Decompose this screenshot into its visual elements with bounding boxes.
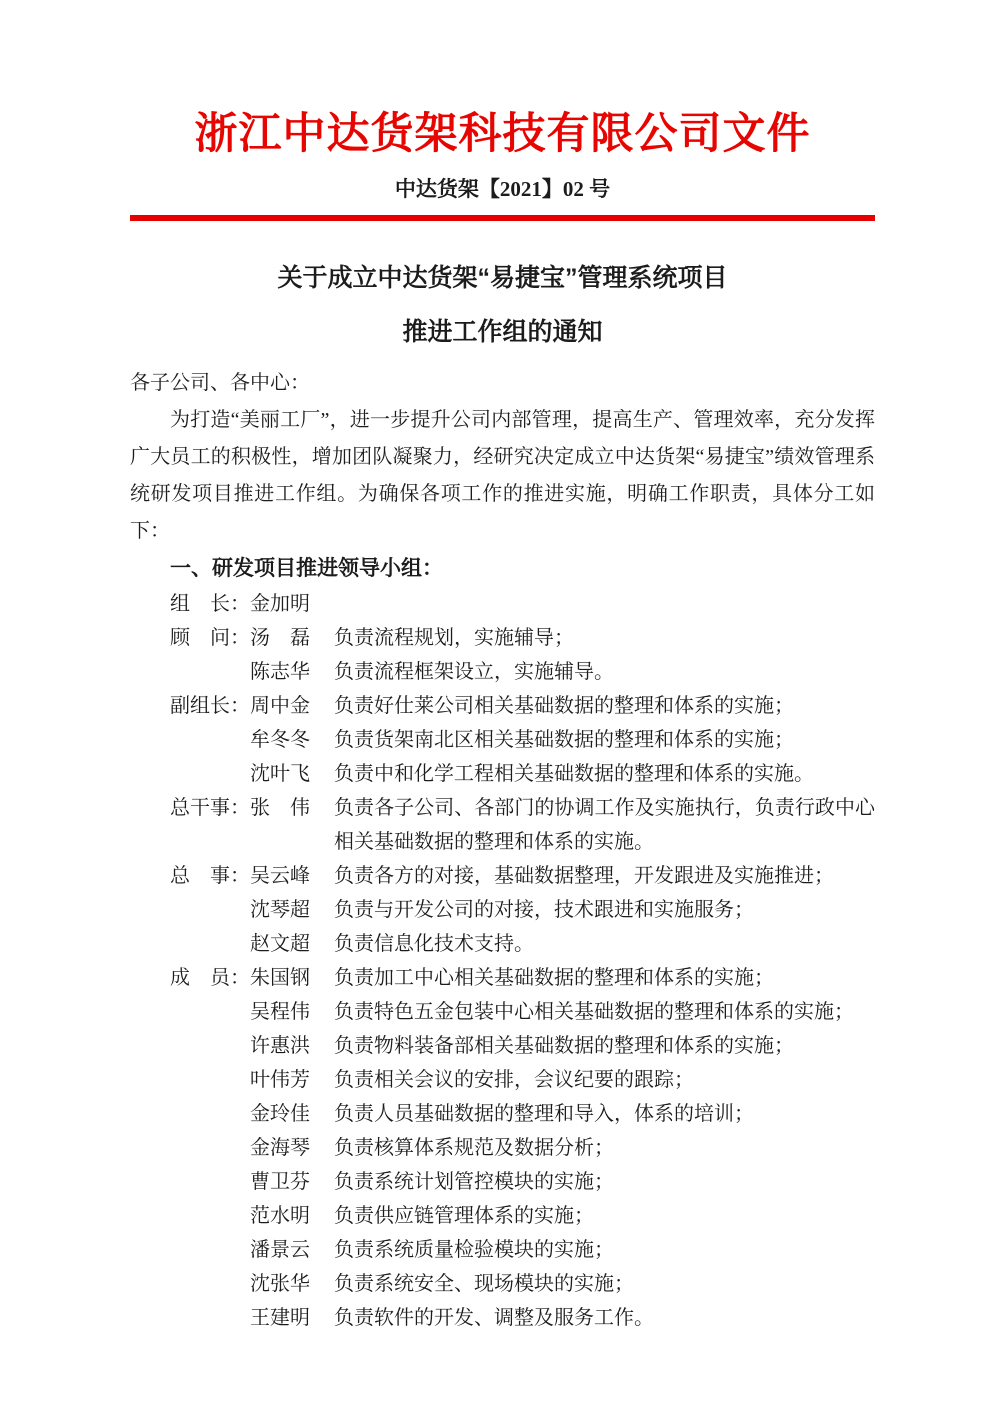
salutation: 各子公司、各中心： (130, 365, 875, 402)
document-title-line2: 推进工作组的通知 (130, 317, 875, 348)
roster-row: 顾 问： 汤 磊 负责流程规划，实施辅导； (130, 621, 875, 655)
roster-role: 总 事： (170, 859, 250, 893)
roster-row: 吴程伟 负责特色五金包装中心相关基础数据的整理和体系的实施； (130, 995, 875, 1029)
roster-role (170, 1131, 250, 1165)
roster-row: 范水明 负责供应链管理体系的实施； (130, 1199, 875, 1233)
roster-role: 副组长： (170, 689, 250, 723)
roster-row: 组 长： 金加明 (130, 587, 875, 621)
roster-name: 潘景云 (250, 1233, 334, 1267)
roster-duty: 负责流程规划，实施辅导； (334, 621, 875, 655)
document-page: 浙江中达货架科技有限公司文件 中达货架【2021】02 号 关于成立中达货架“易… (0, 0, 1000, 1414)
roster-row: 沈叶飞 负责中和化学工程相关基础数据的整理和体系的实施。 (130, 757, 875, 791)
company-title: 浙江中达货架科技有限公司文件 (130, 108, 875, 162)
roster-row: 叶伟芳 负责相关会议的安排，会议纪要的跟踪； (130, 1063, 875, 1097)
roster-role: 顾 问： (170, 621, 250, 655)
roster-name: 叶伟芳 (250, 1063, 334, 1097)
roster-name: 沈琴超 (250, 893, 334, 927)
roster-duty: 负责软件的开发、调整及服务工作。 (334, 1301, 875, 1335)
roster-role (170, 1097, 250, 1131)
roster-role (170, 893, 250, 927)
roster-name: 范水明 (250, 1199, 334, 1233)
roster-role (170, 1165, 250, 1199)
roster-role (170, 1301, 250, 1335)
document-body: 各子公司、各中心： 为打造“美丽工厂”，进一步提升公司内部管理，提高生产、管理效… (130, 365, 875, 1335)
roster-role (170, 927, 250, 961)
intro-paragraph: 为打造“美丽工厂”，进一步提升公司内部管理，提高生产、管理效率，充分发挥广大员工… (130, 402, 875, 550)
roster-name: 汤 磊 (250, 621, 334, 655)
roster-row: 曹卫芬 负责系统计划管控模块的实施； (130, 1165, 875, 1199)
roster-name: 周中金 (250, 689, 334, 723)
roster-role (170, 1233, 250, 1267)
roster-name: 吴云峰 (250, 859, 334, 893)
roster-name: 朱国钢 (250, 961, 334, 995)
roster-role: 成 员： (170, 961, 250, 995)
roster-name: 张 伟 (250, 791, 334, 859)
roster-duty: 负责系统安全、现场模块的实施； (334, 1267, 875, 1301)
roster-duty: 负责与开发公司的对接，技术跟进和实施服务； (334, 893, 875, 927)
roster-duty: 负责中和化学工程相关基础数据的整理和体系的实施。 (334, 757, 875, 791)
roster-duty: 负责各子公司、各部门的协调工作及实施执行，负责行政中心相关基础数据的整理和体系的… (334, 791, 875, 859)
letterhead: 浙江中达货架科技有限公司文件 中达货架【2021】02 号 (130, 108, 875, 221)
roster-name: 金海琴 (250, 1131, 334, 1165)
roster-duty: 负责货架南北区相关基础数据的整理和体系的实施； (334, 723, 875, 757)
roster-name: 牟冬冬 (250, 723, 334, 757)
roster-row: 许惠洪 负责物料装备部相关基础数据的整理和体系的实施； (130, 1029, 875, 1063)
roster: 组 长： 金加明 顾 问： 汤 磊 负责流程规划，实施辅导； 陈志华 负责流程框… (130, 587, 875, 1335)
document-title-line1: 关于成立中达货架“易捷宝”管理系统项目 (130, 263, 875, 294)
red-divider-line (130, 215, 875, 221)
roster-row: 成 员： 朱国钢 负责加工中心相关基础数据的整理和体系的实施； (130, 961, 875, 995)
roster-duty: 负责信息化技术支持。 (334, 927, 875, 961)
roster-name: 沈叶飞 (250, 757, 334, 791)
roster-duty: 负责系统质量检验模块的实施； (334, 1233, 875, 1267)
roster-duty: 负责加工中心相关基础数据的整理和体系的实施； (334, 961, 875, 995)
roster-row: 牟冬冬 负责货架南北区相关基础数据的整理和体系的实施； (130, 723, 875, 757)
roster-role: 总干事： (170, 791, 250, 859)
roster-name: 赵文超 (250, 927, 334, 961)
roster-duty: 负责特色五金包装中心相关基础数据的整理和体系的实施； (334, 995, 875, 1029)
roster-row: 金玲佳 负责人员基础数据的整理和导入，体系的培训； (130, 1097, 875, 1131)
roster-role (170, 655, 250, 689)
roster-row: 副组长： 周中金 负责好仕莱公司相关基础数据的整理和体系的实施； (130, 689, 875, 723)
roster-role (170, 1029, 250, 1063)
roster-row: 总 事： 吴云峰 负责各方的对接，基础数据整理，开发跟进及实施推进； (130, 859, 875, 893)
doc-number: 中达货架【2021】02 号 (130, 176, 875, 203)
roster-role (170, 1063, 250, 1097)
roster-duty: 负责流程框架设立，实施辅导。 (334, 655, 875, 689)
roster-duty: 负责供应链管理体系的实施； (334, 1199, 875, 1233)
roster-name: 许惠洪 (250, 1029, 334, 1063)
roster-name: 沈张华 (250, 1267, 334, 1301)
roster-name: 吴程伟 (250, 995, 334, 1029)
roster-name: 金玲佳 (250, 1097, 334, 1131)
roster-duty: 负责核算体系规范及数据分析； (334, 1131, 875, 1165)
roster-duty: 负责好仕莱公司相关基础数据的整理和体系的实施； (334, 689, 875, 723)
roster-duty: 负责相关会议的安排，会议纪要的跟踪； (334, 1063, 875, 1097)
roster-duty: 负责系统计划管控模块的实施； (334, 1165, 875, 1199)
roster-name: 陈志华 (250, 655, 334, 689)
roster-duty (334, 587, 875, 621)
roster-name: 金加明 (250, 587, 334, 621)
roster-row: 金海琴 负责核算体系规范及数据分析； (130, 1131, 875, 1165)
roster-role (170, 1267, 250, 1301)
roster-role: 组 长： (170, 587, 250, 621)
roster-row: 总干事： 张 伟 负责各子公司、各部门的协调工作及实施执行，负责行政中心相关基础… (130, 791, 875, 859)
roster-row: 陈志华 负责流程框架设立，实施辅导。 (130, 655, 875, 689)
roster-duty: 负责人员基础数据的整理和导入，体系的培训； (334, 1097, 875, 1131)
roster-role (170, 995, 250, 1029)
roster-role (170, 757, 250, 791)
roster-row: 赵文超 负责信息化技术支持。 (130, 927, 875, 961)
document-title: 关于成立中达货架“易捷宝”管理系统项目 推进工作组的通知 (130, 263, 875, 349)
roster-duty: 负责各方的对接，基础数据整理，开发跟进及实施推进； (334, 859, 875, 893)
roster-role (170, 723, 250, 757)
roster-row: 王建明 负责软件的开发、调整及服务工作。 (130, 1301, 875, 1335)
roster-row: 沈琴超 负责与开发公司的对接，技术跟进和实施服务； (130, 893, 875, 927)
roster-duty: 负责物料装备部相关基础数据的整理和体系的实施； (334, 1029, 875, 1063)
roster-name: 曹卫芬 (250, 1165, 334, 1199)
section-heading: 一、研发项目推进领导小组： (130, 550, 875, 587)
roster-role (170, 1199, 250, 1233)
roster-row: 潘景云 负责系统质量检验模块的实施； (130, 1233, 875, 1267)
roster-row: 沈张华 负责系统安全、现场模块的实施； (130, 1267, 875, 1301)
roster-name: 王建明 (250, 1301, 334, 1335)
